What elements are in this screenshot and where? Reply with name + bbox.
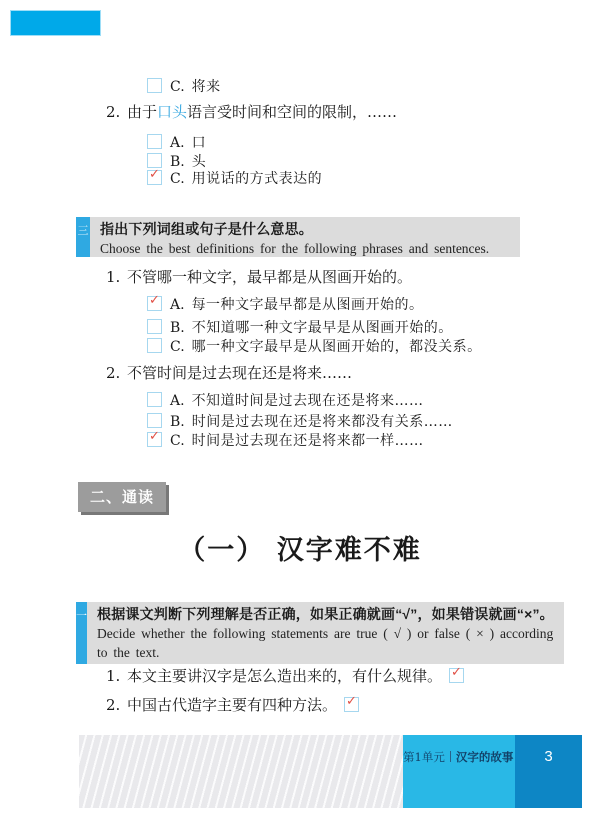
option-letter: B. (170, 154, 185, 170)
instruction-english: Choose the best definitions for the foll… (100, 239, 510, 258)
option-row: C.将来 (147, 78, 221, 96)
checkbox[interactable] (147, 392, 162, 407)
instruction-box: 指出下列词组或句子是什么意思。 Choose the best definiti… (90, 217, 520, 257)
statement-number: 1. (106, 668, 127, 685)
statement-text: 本文主要讲汉字是怎么造出来的，有什么规律。 (127, 667, 442, 685)
question-number: 2. (106, 104, 127, 121)
option-letter: C. (170, 171, 185, 187)
checkmark-icon: ✓ (149, 293, 160, 308)
part-label: 二、通读 (78, 482, 166, 512)
statement-row: 2.中国古代造字主要有四种方法。✓ (106, 697, 359, 714)
option-text: 用说话的方式表达的 (192, 171, 323, 187)
section-number-tab: 三 (76, 217, 90, 257)
checkmark-icon: ✓ (451, 665, 462, 680)
statement-text: 中国古代造字主要有四种方法。 (127, 696, 337, 714)
highlighted-word: 口头 (157, 103, 187, 121)
checkbox[interactable] (147, 134, 162, 149)
option-letter: A. (170, 393, 185, 409)
option-letter: B. (170, 320, 185, 336)
option-row: ✓C.时间是过去现在还是将来都一样…… (147, 432, 424, 450)
question-text: 由于 (127, 103, 157, 121)
checkbox[interactable] (147, 338, 162, 353)
footer-hatch-pattern (79, 735, 403, 808)
checkmark-icon: ✓ (149, 167, 160, 182)
statement-number: 2. (106, 697, 127, 714)
footer-unit-box: 第1单元汉字的故事 (403, 735, 515, 808)
option-letter: C. (170, 79, 185, 95)
question-number: 2. (106, 365, 127, 382)
option-row: A.不知道时间是过去现在还是将来…… (147, 392, 424, 410)
section-number-tab: 一 (76, 602, 87, 664)
option-text: 不知道哪一种文字最早是从图画开始的。 (192, 320, 453, 336)
option-text: 每一种文字最早都是从图画开始的。 (192, 297, 424, 313)
option-text: 时间是过去现在还是将来都一样…… (192, 433, 424, 449)
question-text: 语言受时间和空间的限制，…… (187, 103, 397, 121)
lesson-title: （一） 汉字难不难 (0, 528, 600, 567)
footer-unit-label: 第1单元 (403, 750, 445, 764)
option-text: 不知道时间是过去现在还是将来…… (192, 393, 424, 409)
question-row: 1.不管哪一种文字，最早都是从图画开始的。 (106, 269, 412, 286)
checkbox[interactable] (147, 153, 162, 168)
instruction-chinese: 指出下列词组或句子是什么意思。 (100, 220, 510, 239)
section-number: 一 (76, 610, 87, 622)
footer-book-title: 汉字的故事 (456, 750, 514, 764)
option-row: ✓C.用说话的方式表达的 (147, 170, 322, 188)
option-text: 口 (192, 135, 207, 151)
checkbox[interactable]: ✓ (449, 668, 464, 683)
section-three-instruction-block: 三 指出下列词组或句子是什么意思。 Choose the best defini… (76, 217, 520, 257)
section-number: 三 (78, 225, 89, 237)
question-text: 不管哪一种文字，最早都是从图画开始的。 (127, 268, 412, 286)
option-letter: B. (170, 414, 185, 430)
question-text: 不管时间是过去现在还是将来…… (127, 364, 352, 382)
checkbox[interactable]: ✓ (147, 432, 162, 447)
instruction-chinese: 根据课文判断下列理解是否正确，如果正确就画“√”，如果错误就画“×”。 (97, 605, 554, 624)
question-row: 2.由于口头语言受时间和空间的限制，…… (106, 104, 397, 121)
option-row: C.哪一种文字最早是从图画开始的，都没关系。 (147, 338, 482, 356)
option-letter: C. (170, 433, 185, 449)
page-corner-color-block (10, 10, 101, 36)
option-row: B.时间是过去现在还是将来都没有关系…… (147, 413, 453, 431)
option-text: 头 (192, 154, 207, 170)
checkmark-icon: ✓ (149, 429, 160, 444)
option-letter: C. (170, 339, 185, 355)
textbook-page: C.将来 2.由于口头语言受时间和空间的限制，…… A.口 B.头 ✓C.用说话… (0, 0, 600, 819)
option-text: 时间是过去现在还是将来都没有关系…… (192, 414, 453, 430)
question-row: 2.不管时间是过去现在还是将来…… (106, 365, 352, 382)
option-row: A.口 (147, 134, 206, 152)
checkbox[interactable]: ✓ (344, 697, 359, 712)
checkbox[interactable] (147, 413, 162, 428)
footer-divider (450, 751, 451, 762)
instruction-english: to the text. (97, 643, 554, 662)
checkbox[interactable]: ✓ (147, 170, 162, 185)
option-row: B.不知道哪一种文字最早是从图画开始的。 (147, 319, 453, 337)
footer-page-number: 3 (515, 735, 582, 808)
checkbox[interactable]: ✓ (147, 296, 162, 311)
instruction-english: Decide whether the following statements … (97, 624, 554, 643)
option-letter: A. (170, 135, 185, 151)
checkmark-icon: ✓ (346, 694, 357, 709)
section-one-instruction-block: 一 根据课文判断下列理解是否正确，如果正确就画“√”，如果错误就画“×”。 De… (76, 602, 520, 664)
statement-row: 1.本文主要讲汉字是怎么造出来的，有什么规律。✓ (106, 668, 464, 685)
option-text: 哪一种文字最早是从图画开始的，都没关系。 (192, 339, 482, 355)
checkbox[interactable] (147, 319, 162, 334)
checkbox[interactable] (147, 78, 162, 93)
instruction-box: 根据课文判断下列理解是否正确，如果正确就画“√”，如果错误就画“×”。 Deci… (87, 602, 564, 664)
option-row: ✓A.每一种文字最早都是从图画开始的。 (147, 296, 424, 314)
question-number: 1. (106, 269, 127, 286)
option-letter: A. (170, 297, 185, 313)
option-text: 将来 (192, 79, 221, 95)
